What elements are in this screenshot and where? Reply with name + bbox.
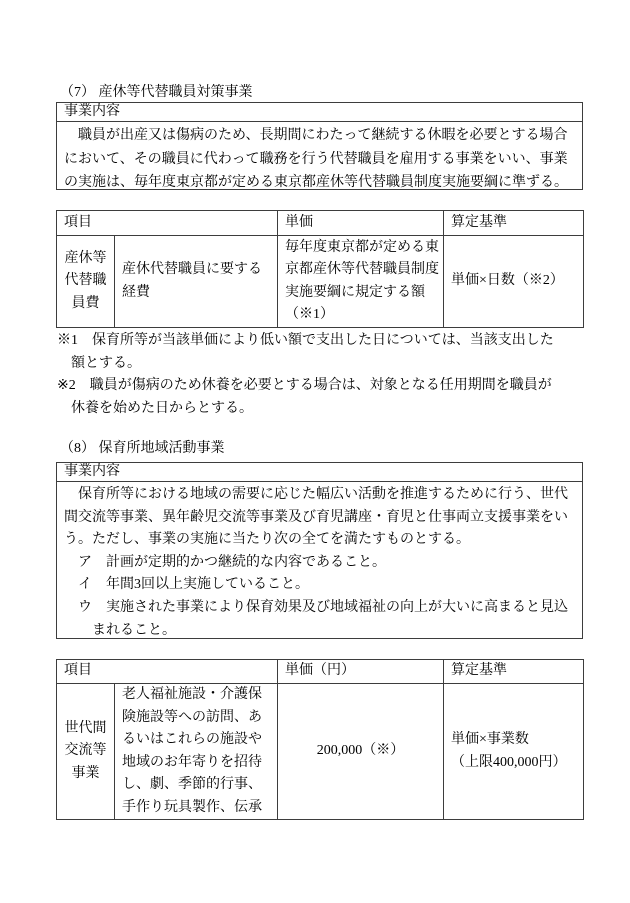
document-page: （7） 産休等代替職員対策事業 事業内容 職員が出産又は傷病のため、長期間にわた… [0,0,630,903]
column-header-basis: 算定基準 [444,211,584,236]
content-box-body: 職員が出産又は傷病のため、長期間にわたって継続する休暇を必要とする場合 において… [57,122,582,190]
cell-unit-price: 200,000（※） [278,684,444,820]
cell-basis: 単価×事業数 （上限400,000円） [444,684,584,820]
cell-item-detail: 産休代替職員に要する 経費 [115,236,278,328]
section-7-content-box: 事業内容 職員が出産又は傷病のため、長期間にわたって継続する休暇を必要とする場合… [56,102,583,190]
section-8-heading: （8） 保育所地域活動事業 [60,441,225,457]
cell-item-detail: 老人福祉施設・介護保 険施設等への訪問、あ るいはこれらの施設や 地域のお年寄り… [115,684,278,820]
cell-unit-price: 毎年度東京都が定める東 京都産休等代替職員制度 実施要綱に規定する額 （※1） [278,236,444,328]
section-7-table: 項目 単価 算定基準 産休等 代替職 員費 産休代替職員に要する 経費 毎年度東… [56,210,584,328]
section-7-notes: ※1 保育所等が当該単価により低い額で支出した日については、当該支出した 額とす… [57,330,554,420]
column-header-unit-price: 単価（円） [278,660,444,684]
column-header-item: 項目 [57,660,278,684]
content-box-title: 事業内容 [57,103,582,122]
column-header-unit-price: 単価 [278,211,444,236]
table-header-row: 項目 単価（円） 算定基準 [57,660,584,684]
cell-item-category: 世代間 交流等 事業 [57,684,115,820]
column-header-item: 項目 [57,211,278,236]
content-box-body: 保育所等における地域の需要に応じた幅広い活動を推進するために行う、世代 間交流等… [57,482,582,639]
table-header-row: 項目 単価 算定基準 [57,211,584,236]
section-7-heading: （7） 産休等代替職員対策事業 [60,85,253,101]
section-8-table: 項目 単価（円） 算定基準 世代間 交流等 事業 老人福祉施設・介護保 険施設等… [56,659,584,820]
table-row: 産休等 代替職 員費 産休代替職員に要する 経費 毎年度東京都が定める東 京都産… [57,236,584,328]
table-row: 世代間 交流等 事業 老人福祉施設・介護保 険施設等への訪問、あ るいはこれらの… [57,684,584,820]
cell-item-category: 産休等 代替職 員費 [57,236,115,328]
column-header-basis: 算定基準 [444,660,584,684]
content-box-title: 事業内容 [57,463,582,482]
cell-basis: 単価×日数（※2） [444,236,584,328]
section-8-content-box: 事業内容 保育所等における地域の需要に応じた幅広い活動を推進するために行う、世代… [56,462,583,639]
